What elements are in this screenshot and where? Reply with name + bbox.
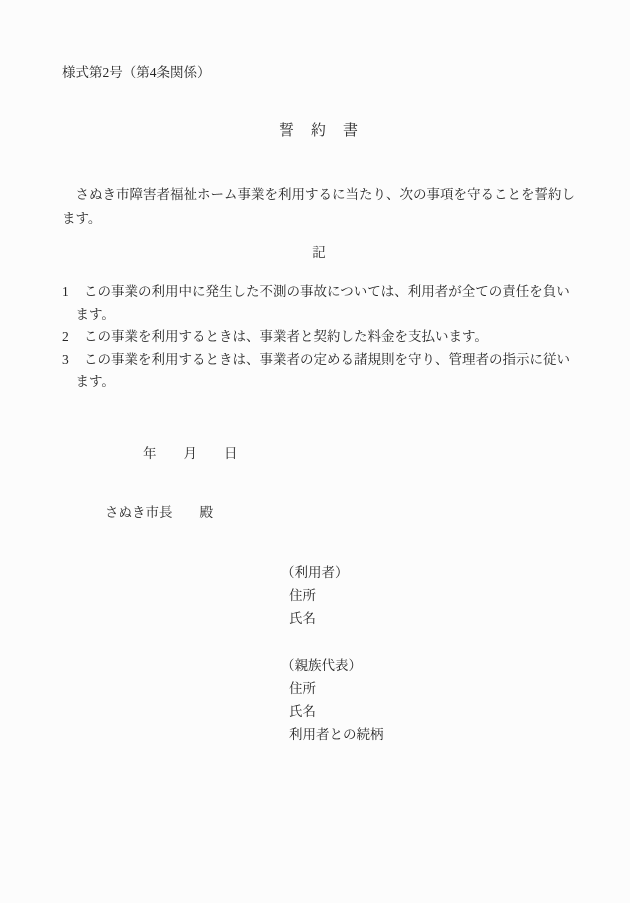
pledge-item-1: 1この事業の利用中に発生した不測の事故については、利用者が全ての責任を負い ます… (62, 281, 576, 326)
pledge-item-2: 2この事業を利用するときは、事業者と契約した料金を支払います。 (62, 326, 576, 349)
pledge-item-3: 3この事業を利用するときは、事業者の定める諸規則を守り、管理者の指示に従い ます… (62, 349, 576, 394)
item-text: この事業を利用するときは、事業者の定める諸規則を守り、管理者の指示に従い ます。 (62, 352, 570, 390)
signature-field-name: 氏名 (281, 700, 576, 723)
pledge-list: 1この事業の利用中に発生した不測の事故については、利用者が全ての責任を負い ます… (62, 281, 576, 394)
signature-heading-family-representative: （親族代表） (281, 654, 576, 677)
signature-field-name: 氏名 (281, 607, 576, 630)
item-number: 1 (62, 281, 70, 304)
intro-paragraph: さぬき市障害者福祉ホーム事業を利用するに当たり、次の事項を守ることを誓約し ます… (62, 183, 576, 231)
item-text: この事業の利用中に発生した不測の事故については、利用者が全ての責任を負い ます。 (62, 284, 570, 322)
item-number: 3 (62, 349, 70, 372)
date-line: 年 月 日 (143, 442, 576, 465)
signature-block-user: （利用者） 住所 氏名 (281, 561, 576, 630)
signature-heading-user: （利用者） (281, 561, 576, 584)
item-text: この事業を利用するときは、事業者と契約した料金を支払います。 (84, 329, 488, 344)
document-page: 様式第2号（第4条関係） 誓 約 書 さぬき市障害者福祉ホーム事業を利用するに当… (0, 0, 630, 903)
signature-block-family-representative: （親族代表） 住所 氏名 利用者との続柄 (281, 654, 576, 746)
signature-field-relationship: 利用者との続柄 (281, 723, 576, 746)
section-marker: 記 (62, 241, 576, 264)
document-title: 誓 約 書 (62, 120, 576, 143)
signature-field-address: 住所 (281, 584, 576, 607)
item-number: 2 (62, 326, 70, 349)
form-number: 様式第2号（第4条関係） (62, 61, 576, 84)
signature-field-address: 住所 (281, 677, 576, 700)
addressee-line: さぬき市長 殿 (105, 501, 576, 524)
